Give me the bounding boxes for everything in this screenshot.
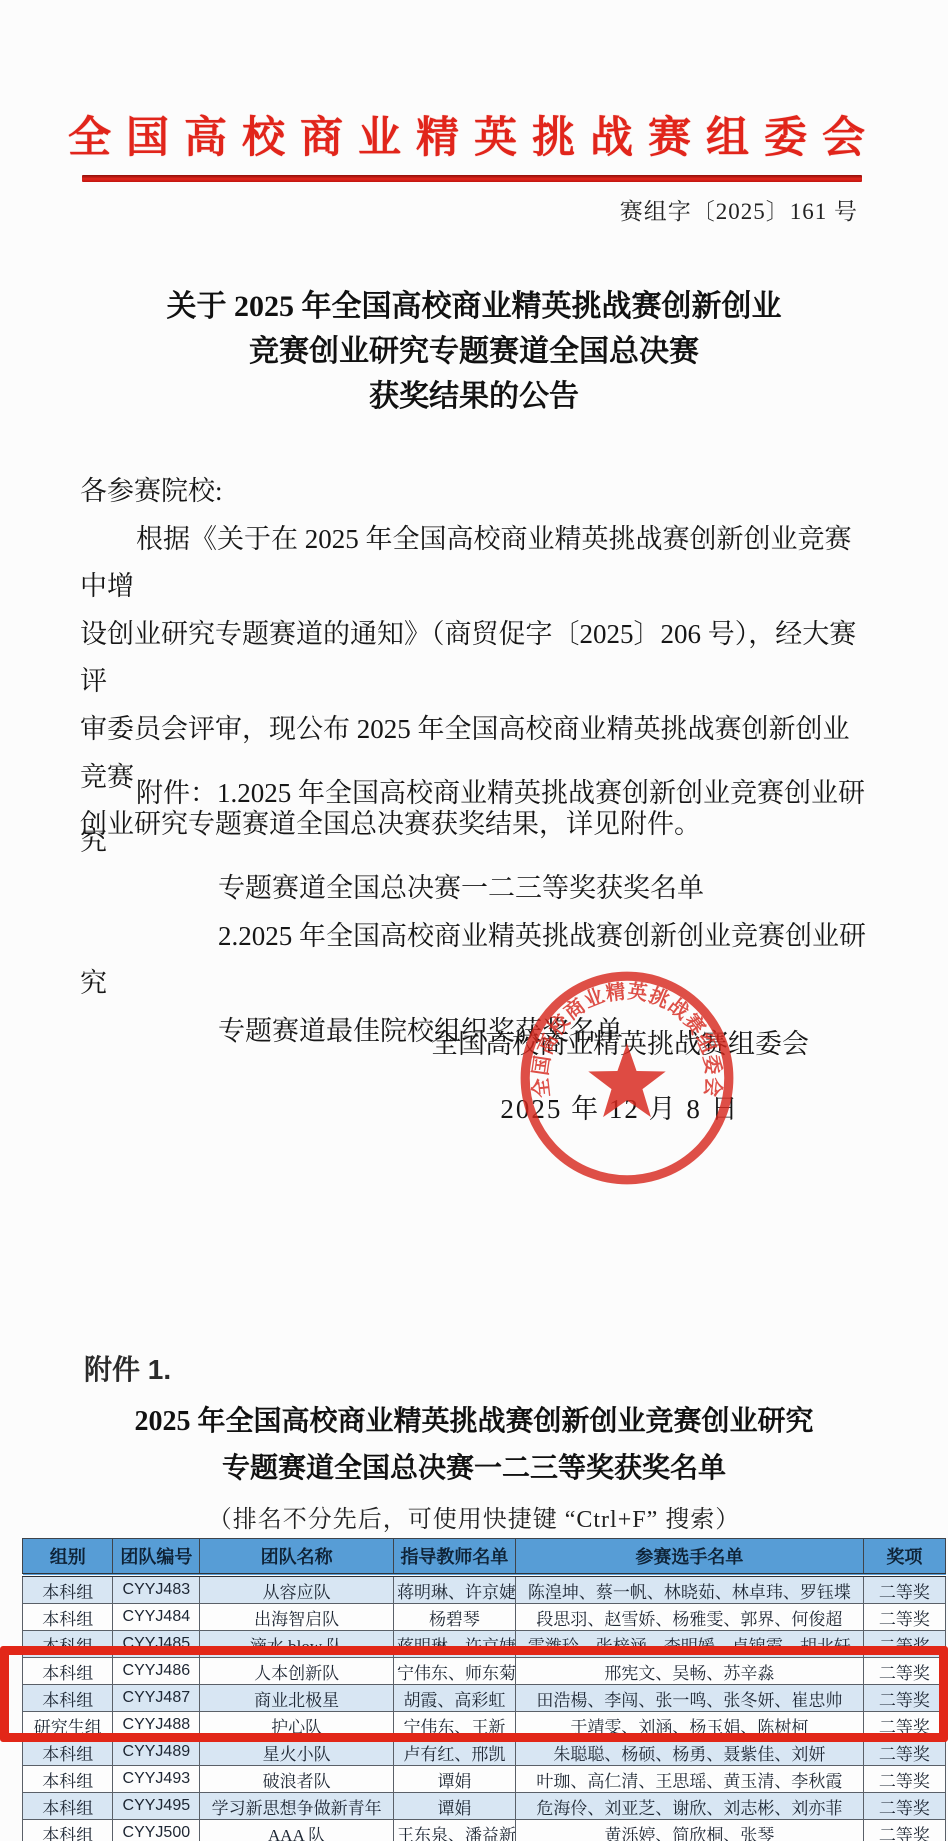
doc-title: 关于 2025 年全国高校商业精英挑战赛创新创业 竞赛创业研究专题赛道全国总决赛… xyxy=(60,284,888,419)
attachment1-title-line: 专题赛道全国总决赛一二三等奖获奖名单 xyxy=(40,1445,908,1492)
table-row: 本科组 CYYJ487 商业北极星 胡霞、高彩虹 田浩楊、李闯、张一鸣、张冬妍、… xyxy=(23,1685,946,1712)
cell-teachers: 王东泉、潘益新 xyxy=(394,1820,516,1841)
cell-group: 本科组 xyxy=(23,1766,113,1793)
table-row: 研究生组 CYYJ488 护心队 宁伟东、王新 于靖雯、刘涵、杨玉娟、陈树柯 二… xyxy=(23,1712,946,1739)
attachment-list: 附件：1.2025 年全国高校商业精英挑战赛创新创业竞赛创业研究 专题赛道全国总… xyxy=(80,770,874,1056)
cell-award: 二等奖 xyxy=(863,1631,945,1658)
body-line: 根据《关于在 2025 年全国高校商业精英挑战赛创新创业竞赛中增 xyxy=(80,516,874,611)
cell-members: 雷潍玲、张梓涵、李明媛、卓锦霞、胡北轩 xyxy=(515,1631,863,1658)
cell-team: 商业北极星 xyxy=(200,1685,394,1712)
doc-title-line: 竞赛创业研究专题赛道全国总决赛 xyxy=(60,329,888,374)
table-row: 本科组 CYYJ495 学习新思想争做新青年 谭娟 危海伶、刘亚芝、谢欣、刘志彬… xyxy=(23,1793,946,1820)
cell-group: 本科组 xyxy=(23,1658,113,1685)
cell-members: 段思羽、赵雪娇、杨雅雯、郭界、何俊超 xyxy=(515,1604,863,1631)
cell-award: 二等奖 xyxy=(863,1739,945,1766)
header-rule xyxy=(82,175,862,182)
signature-date: 2025 年 12 月 8 日 xyxy=(400,1087,840,1126)
table-row: 本科组 CYYJ483 从容应队 蒋明琳、许京婕 陈湟坤、蔡一帆、林晓茹、林卓玮… xyxy=(23,1575,946,1604)
cell-group: 本科组 xyxy=(23,1739,113,1766)
cell-code: CYYJ484 xyxy=(113,1604,200,1631)
attachment1-title-line: 2025 年全国高校商业精英挑战赛创新创业竞赛创业研究 xyxy=(40,1398,908,1445)
org-title: 全国高校商业精英挑战赛组委会 xyxy=(0,104,948,165)
cell-members: 于靖雯、刘涵、杨玉娟、陈树柯 xyxy=(515,1712,863,1739)
cell-teachers: 杨碧琴 xyxy=(394,1604,516,1631)
col-header-code: 团队编号 xyxy=(113,1539,200,1576)
cell-team: 学习新思想争做新青年 xyxy=(200,1793,394,1820)
cell-award: 二等奖 xyxy=(863,1575,945,1604)
cell-team: 人本创新队 xyxy=(200,1658,394,1685)
attachment1-label: 附件 1. xyxy=(84,1348,171,1388)
cell-teachers: 谭娟 xyxy=(394,1793,516,1820)
cell-members: 陈湟坤、蔡一帆、林晓茹、林卓玮、罗钰堞 xyxy=(515,1575,863,1604)
cell-code: CYYJ485 xyxy=(113,1631,200,1658)
cell-members: 危海伶、刘亚芝、谢欣、刘志彬、刘亦菲 xyxy=(515,1793,863,1820)
table-row: 本科组 CYYJ486 人本创新队 宁伟东、师东菊 邢宪文、吴畅、苏辛淼 二等奖 xyxy=(23,1658,946,1685)
doc-number: 赛组字〔2025〕161 号 xyxy=(620,193,858,226)
cell-code: CYYJ489 xyxy=(113,1739,200,1766)
cell-group: 研究生组 xyxy=(23,1712,113,1739)
col-header-members: 参赛选手名单 xyxy=(515,1539,863,1576)
doc-title-line: 关于 2025 年全国高校商业精英挑战赛创新创业 xyxy=(60,284,888,329)
cell-code: CYYJ487 xyxy=(113,1685,200,1712)
cell-code: CYYJ483 xyxy=(113,1575,200,1604)
cell-members: 叶珈、高仁清、王思瑶、黄玉清、李秋霞 xyxy=(515,1766,863,1793)
cell-group: 本科组 xyxy=(23,1575,113,1604)
col-header-teachers: 指导教师名单 xyxy=(394,1539,516,1576)
cell-team: 从容应队 xyxy=(200,1575,394,1604)
body-line: 设创业研究专题赛道的通知》（商贸促字〔2025〕206 号），经大赛评 xyxy=(80,611,874,706)
cell-members: 朱聪聪、杨硕、杨勇、聂紫佳、刘妍 xyxy=(515,1739,863,1766)
attachment1-note: （排名不分先后，可使用快捷键 “Ctrl+F” 搜索） xyxy=(40,1499,908,1534)
cell-members: 邢宪文、吴畅、苏辛淼 xyxy=(515,1658,863,1685)
doc-title-line: 获奖结果的公告 xyxy=(60,374,888,419)
document-page: 全国高校商业精英挑战赛组委会 赛组字〔2025〕161 号 关于 2025 年全… xyxy=(0,0,948,1841)
cell-teachers: 胡霞、高彩虹 xyxy=(394,1685,516,1712)
cell-group: 本科组 xyxy=(23,1631,113,1658)
table-row: 本科组 CYYJ493 破浪者队 谭娟 叶珈、高仁清、王思瑶、黄玉清、李秋霞 二… xyxy=(23,1766,946,1793)
signature-org: 全国高校商业精英挑战赛组委会 xyxy=(400,1022,840,1061)
cell-award: 二等奖 xyxy=(863,1712,945,1739)
cell-award: 二等奖 xyxy=(863,1604,945,1631)
cell-code: CYYJ486 xyxy=(113,1658,200,1685)
cell-group: 本科组 xyxy=(23,1604,113,1631)
cell-team: 破浪者队 xyxy=(200,1766,394,1793)
cell-teachers: 蒋明琳、许京婕 xyxy=(394,1631,516,1658)
cell-group: 本科组 xyxy=(23,1820,113,1841)
cell-award: 二等奖 xyxy=(863,1766,945,1793)
cell-teachers: 卢有红、邢凯 xyxy=(394,1739,516,1766)
signature-block: 全国高校商业精英挑战赛组委会 2025 年 12 月 8 日 xyxy=(400,1022,840,1126)
awards-table: 组别 团队编号 团队名称 指导教师名单 参赛选手名单 奖项 本科组 CYYJ48… xyxy=(22,1538,946,1841)
cell-award: 二等奖 xyxy=(863,1793,945,1820)
cell-code: CYYJ488 xyxy=(113,1712,200,1739)
cell-award: 二等奖 xyxy=(863,1658,945,1685)
table-row: 本科组 CYYJ485 滴水 blow 队 蒋明琳、许京婕 雷潍玲、张梓涵、李明… xyxy=(23,1631,946,1658)
col-header-group: 组别 xyxy=(23,1539,113,1576)
cell-members: 黄泺婷、简欣桐、张琴 xyxy=(515,1820,863,1841)
salutation: 各参赛院校: xyxy=(80,468,874,516)
cell-members: 田浩楊、李闯、张一鸣、张冬妍、崔忠帅 xyxy=(515,1685,863,1712)
cell-code: CYYJ500 xyxy=(113,1820,200,1841)
table-row: 本科组 CYYJ500 AAA 队 王东泉、潘益新 黄泺婷、简欣桐、张琴 二等奖 xyxy=(23,1820,946,1841)
cell-award: 二等奖 xyxy=(863,1820,945,1841)
cell-award: 二等奖 xyxy=(863,1685,945,1712)
cell-group: 本科组 xyxy=(23,1793,113,1820)
attachment-list-line: 附件：1.2025 年全国高校商业精英挑战赛创新创业竞赛创业研究 xyxy=(80,770,874,865)
cell-code: CYYJ493 xyxy=(113,1766,200,1793)
attachment-list-line: 2.2025 年全国高校商业精英挑战赛创新创业竞赛创业研究 xyxy=(80,913,874,1008)
cell-group: 本科组 xyxy=(23,1685,113,1712)
cell-code: CYYJ495 xyxy=(113,1793,200,1820)
cell-team: 出海智启队 xyxy=(200,1604,394,1631)
cell-team: 星火小队 xyxy=(200,1739,394,1766)
cell-teachers: 谭娟 xyxy=(394,1766,516,1793)
table-header-row: 组别 团队编号 团队名称 指导教师名单 参赛选手名单 奖项 xyxy=(23,1539,946,1576)
cell-team: 护心队 xyxy=(200,1712,394,1739)
attachment-list-line: 专题赛道全国总决赛一二三等奖获奖名单 xyxy=(80,865,874,913)
cell-team: 滴水 blow 队 xyxy=(200,1631,394,1658)
cell-teachers: 宁伟东、王新 xyxy=(394,1712,516,1739)
table-row: 本科组 CYYJ489 星火小队 卢有红、邢凯 朱聪聪、杨硕、杨勇、聂紫佳、刘妍… xyxy=(23,1739,946,1766)
cell-teachers: 宁伟东、师东菊 xyxy=(394,1658,516,1685)
cell-team: AAA 队 xyxy=(200,1820,394,1841)
col-header-award: 奖项 xyxy=(863,1539,945,1576)
table-row: 本科组 CYYJ484 出海智启队 杨碧琴 段思羽、赵雪娇、杨雅雯、郭界、何俊超… xyxy=(23,1604,946,1631)
cell-teachers: 蒋明琳、许京婕 xyxy=(394,1575,516,1604)
col-header-team: 团队名称 xyxy=(200,1539,394,1576)
attachment1-title: 2025 年全国高校商业精英挑战赛创新创业竞赛创业研究 专题赛道全国总决赛一二三… xyxy=(40,1398,908,1492)
